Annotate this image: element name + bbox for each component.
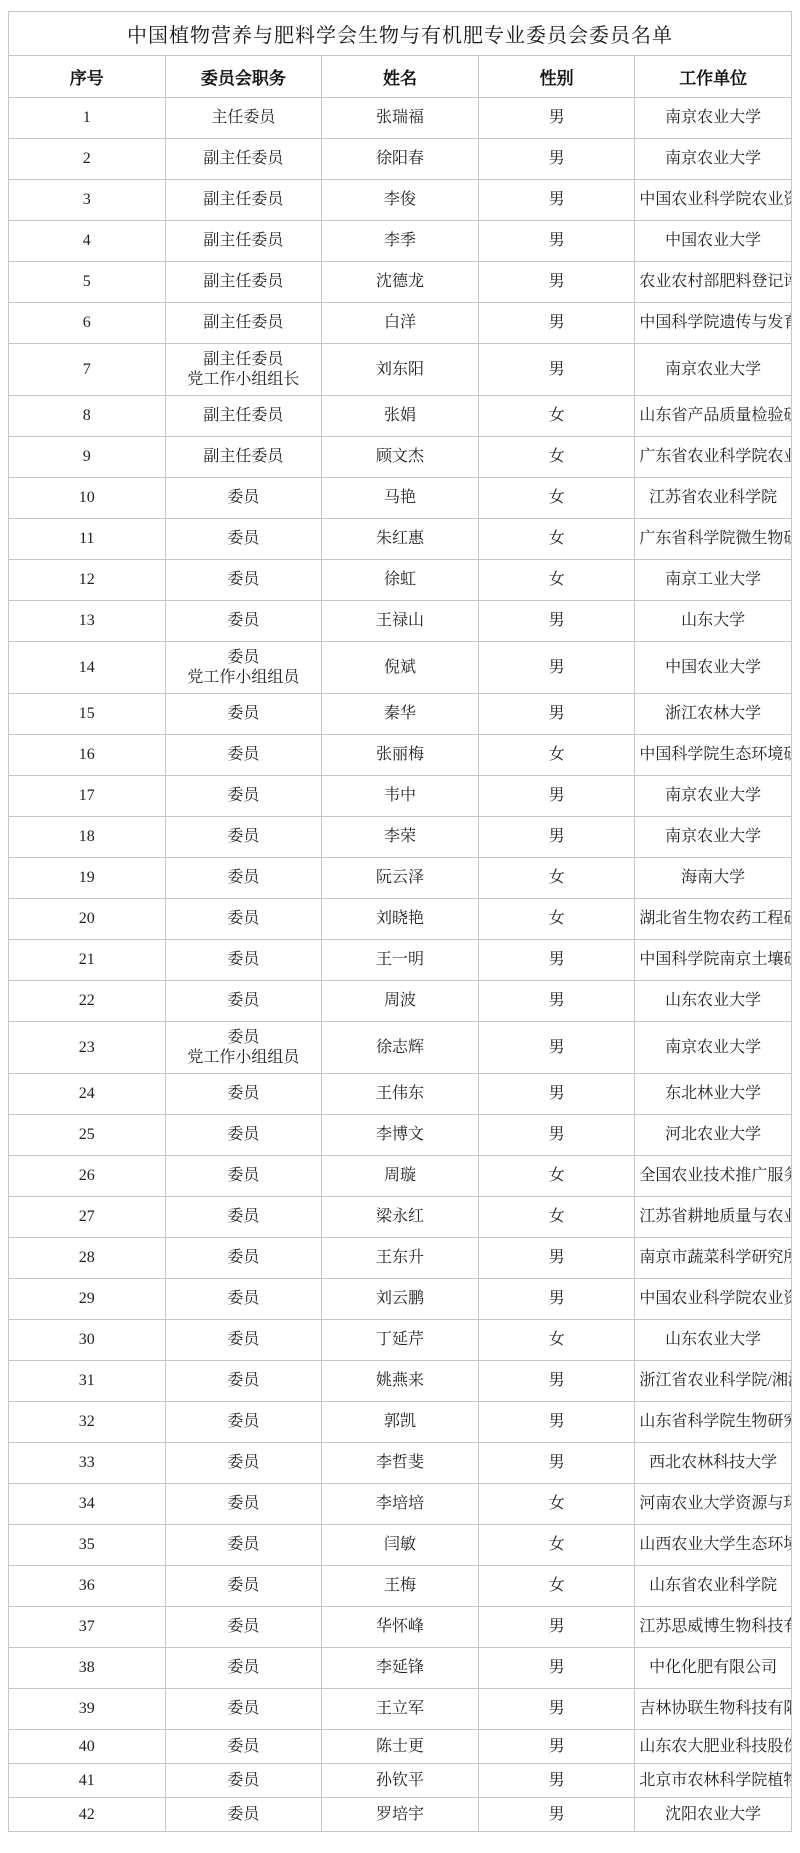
cell-committee-position: 委员 — [165, 1320, 322, 1361]
table-row: 21 委员 王一明 男 中国科学院南京土壤研究所 — [9, 940, 792, 981]
cell-name: 倪斌 — [322, 642, 479, 694]
cell-serial-number: 27 — [9, 1197, 166, 1238]
cell-committee-position: 委员 — [165, 1361, 322, 1402]
cell-gender: 男 — [478, 642, 635, 694]
cell-committee-position: 委员 — [165, 940, 322, 981]
cell-gender: 女 — [478, 1525, 635, 1566]
document-page: 中国植物营养与肥料学会生物与有机肥专业委员会委员名单 序号 委员会职务 姓名 性… — [0, 0, 800, 1853]
cell-gender: 女 — [478, 1320, 635, 1361]
cell-committee-position: 委员 — [165, 1730, 322, 1764]
cell-work-unit: 山东农大肥业科技股份有限公司 — [635, 1730, 792, 1764]
cell-work-unit: 南京农业大学 — [635, 139, 792, 180]
cell-name: 白洋 — [322, 303, 479, 344]
cell-name: 闫敏 — [322, 1525, 479, 1566]
cell-work-unit: 南京工业大学 — [635, 560, 792, 601]
cell-committee-position: 委员 — [165, 560, 322, 601]
cell-name: 徐志辉 — [322, 1022, 479, 1074]
cell-committee-position: 委员 — [165, 1197, 322, 1238]
table-row: 26 委员 周璇 女 全国农业技术推广服务中心 — [9, 1156, 792, 1197]
cell-committee-position: 副主任委员 — [165, 396, 322, 437]
cell-gender: 男 — [478, 98, 635, 139]
cell-serial-number: 39 — [9, 1689, 166, 1730]
cell-name: 李荣 — [322, 817, 479, 858]
header-gender: 性别 — [478, 56, 635, 98]
cell-serial-number: 21 — [9, 940, 166, 981]
cell-gender: 男 — [478, 1443, 635, 1484]
cell-work-unit: 山东省农业科学院 — [635, 1566, 792, 1607]
cell-name: 丁延芹 — [322, 1320, 479, 1361]
cell-serial-number: 5 — [9, 262, 166, 303]
table-row: 27 委员 梁永红 女 江苏省耕地质量与农业环境保护站 — [9, 1197, 792, 1238]
table-row: 37 委员 华怀峰 男 江苏思威博生物科技有限公司 — [9, 1607, 792, 1648]
cell-work-unit: 中国科学院遗传与发育生物学研究所 — [635, 303, 792, 344]
cell-committee-position: 委员党工作小组组员 — [165, 642, 322, 694]
cell-gender: 男 — [478, 221, 635, 262]
cell-gender: 男 — [478, 180, 635, 221]
cell-work-unit: 中国科学院南京土壤研究所 — [635, 940, 792, 981]
cell-serial-number: 10 — [9, 478, 166, 519]
cell-gender: 男 — [478, 139, 635, 180]
cell-work-unit: 浙江农林大学 — [635, 694, 792, 735]
table-row: 31 委员 姚燕来 男 浙江省农业科学院/湘湖实验室 — [9, 1361, 792, 1402]
cell-name: 陈士更 — [322, 1730, 479, 1764]
cell-serial-number: 42 — [9, 1798, 166, 1832]
cell-serial-number: 24 — [9, 1074, 166, 1115]
cell-committee-position: 委员 — [165, 1566, 322, 1607]
header-name: 姓名 — [322, 56, 479, 98]
cell-serial-number: 13 — [9, 601, 166, 642]
cell-name: 李俊 — [322, 180, 479, 221]
cell-serial-number: 1 — [9, 98, 166, 139]
cell-name: 刘云鹏 — [322, 1279, 479, 1320]
cell-gender: 女 — [478, 437, 635, 478]
cell-serial-number: 26 — [9, 1156, 166, 1197]
cell-name: 李博文 — [322, 1115, 479, 1156]
cell-name: 徐虹 — [322, 560, 479, 601]
cell-gender: 女 — [478, 1566, 635, 1607]
cell-work-unit: 中国农业大学 — [635, 221, 792, 262]
cell-committee-position: 委员 — [165, 1279, 322, 1320]
table-row: 18 委员 李荣 男 南京农业大学 — [9, 817, 792, 858]
cell-committee-position: 委员 — [165, 1764, 322, 1798]
cell-gender: 男 — [478, 262, 635, 303]
cell-serial-number: 23 — [9, 1022, 166, 1074]
cell-name: 王伟东 — [322, 1074, 479, 1115]
table-row: 42 委员 罗培宇 男 沈阳农业大学 — [9, 1798, 792, 1832]
cell-name: 罗培宇 — [322, 1798, 479, 1832]
cell-gender: 男 — [478, 344, 635, 396]
cell-committee-position: 委员 — [165, 1607, 322, 1648]
cell-gender: 男 — [478, 1115, 635, 1156]
cell-gender: 男 — [478, 1074, 635, 1115]
cell-work-unit: 海南大学 — [635, 858, 792, 899]
cell-name: 秦华 — [322, 694, 479, 735]
cell-serial-number: 7 — [9, 344, 166, 396]
cell-serial-number: 38 — [9, 1648, 166, 1689]
cell-name: 张娟 — [322, 396, 479, 437]
cell-committee-position: 副主任委员 — [165, 139, 322, 180]
table-row: 24 委员 王伟东 男 东北林业大学 — [9, 1074, 792, 1115]
table-row: 28 委员 王东升 男 南京市蔬菜科学研究所 — [9, 1238, 792, 1279]
table-row: 3 副主任委员 李俊 男 中国农业科学院农业资源与农业区划研究所 — [9, 180, 792, 221]
cell-work-unit: 浙江省农业科学院/湘湖实验室 — [635, 1361, 792, 1402]
cell-gender: 男 — [478, 1238, 635, 1279]
cell-name: 阮云泽 — [322, 858, 479, 899]
cell-work-unit: 中国科学院生态环境研究中心 — [635, 735, 792, 776]
cell-gender: 女 — [478, 1197, 635, 1238]
cell-name: 华怀峰 — [322, 1607, 479, 1648]
cell-serial-number: 14 — [9, 642, 166, 694]
cell-serial-number: 41 — [9, 1764, 166, 1798]
table-row: 23 委员党工作小组组员 徐志辉 男 南京农业大学 — [9, 1022, 792, 1074]
cell-committee-position: 委员 — [165, 1402, 322, 1443]
cell-gender: 男 — [478, 776, 635, 817]
cell-work-unit: 山东省科学院生物研究所 — [635, 1402, 792, 1443]
table-row: 14 委员党工作小组组员 倪斌 男 中国农业大学 — [9, 642, 792, 694]
cell-gender: 女 — [478, 478, 635, 519]
cell-gender: 女 — [478, 1484, 635, 1525]
committee-member-table: 中国植物营养与肥料学会生物与有机肥专业委员会委员名单 序号 委员会职务 姓名 性… — [8, 11, 792, 1832]
cell-work-unit: 中化化肥有限公司 — [635, 1648, 792, 1689]
table-row: 32 委员 郭凯 男 山东省科学院生物研究所 — [9, 1402, 792, 1443]
cell-committee-position: 委员 — [165, 735, 322, 776]
cell-work-unit: 中国农业科学院农业资源与农业区划研究所 — [635, 180, 792, 221]
table-row: 13 委员 王禄山 男 山东大学 — [9, 601, 792, 642]
table-row: 22 委员 周波 男 山东农业大学 — [9, 981, 792, 1022]
cell-work-unit: 北京市农林科学院植物营养与资源环境研究 — [635, 1764, 792, 1798]
cell-committee-position: 委员 — [165, 519, 322, 560]
cell-serial-number: 19 — [9, 858, 166, 899]
cell-serial-number: 6 — [9, 303, 166, 344]
cell-committee-position: 副主任委员 — [165, 262, 322, 303]
cell-serial-number: 4 — [9, 221, 166, 262]
cell-gender: 男 — [478, 1361, 635, 1402]
cell-name: 沈德龙 — [322, 262, 479, 303]
table-row: 35 委员 闫敏 女 山西农业大学生态环境产业技术研究院 — [9, 1525, 792, 1566]
cell-gender: 男 — [478, 817, 635, 858]
table-row: 2 副主任委员 徐阳春 男 南京农业大学 — [9, 139, 792, 180]
cell-committee-position: 委员 — [165, 817, 322, 858]
cell-committee-position: 委员 — [165, 1074, 322, 1115]
cell-work-unit: 南京农业大学 — [635, 98, 792, 139]
cell-committee-position: 主任委员 — [165, 98, 322, 139]
cell-name: 王东升 — [322, 1238, 479, 1279]
cell-committee-position: 委员 — [165, 1525, 322, 1566]
cell-serial-number: 11 — [9, 519, 166, 560]
cell-work-unit: 西北农林科技大学 — [635, 1443, 792, 1484]
cell-work-unit: 江苏省耕地质量与农业环境保护站 — [635, 1197, 792, 1238]
cell-serial-number: 22 — [9, 981, 166, 1022]
cell-work-unit: 中国农业科学院农业资源与农业区划研究所 — [635, 1279, 792, 1320]
cell-work-unit: 山东省产品质量检验研究院 — [635, 396, 792, 437]
cell-name: 徐阳春 — [322, 139, 479, 180]
table-row: 16 委员 张丽梅 女 中国科学院生态环境研究中心 — [9, 735, 792, 776]
table-row: 29 委员 刘云鹏 男 中国农业科学院农业资源与农业区划研究所 — [9, 1279, 792, 1320]
cell-work-unit: 河北农业大学 — [635, 1115, 792, 1156]
cell-work-unit: 沈阳农业大学 — [635, 1798, 792, 1832]
cell-serial-number: 33 — [9, 1443, 166, 1484]
cell-name: 孙钦平 — [322, 1764, 479, 1798]
cell-gender: 男 — [478, 1730, 635, 1764]
cell-name: 韦中 — [322, 776, 479, 817]
cell-name: 马艳 — [322, 478, 479, 519]
cell-name: 刘东阳 — [322, 344, 479, 396]
table-row: 12 委员 徐虹 女 南京工业大学 — [9, 560, 792, 601]
cell-gender: 女 — [478, 858, 635, 899]
cell-gender: 男 — [478, 1689, 635, 1730]
cell-gender: 女 — [478, 519, 635, 560]
table-row: 15 委员 秦华 男 浙江农林大学 — [9, 694, 792, 735]
cell-serial-number: 3 — [9, 180, 166, 221]
cell-committee-position: 委员 — [165, 601, 322, 642]
cell-gender: 男 — [478, 1279, 635, 1320]
header-row: 序号 委员会职务 姓名 性别 工作单位 — [9, 56, 792, 98]
cell-serial-number: 25 — [9, 1115, 166, 1156]
cell-serial-number: 12 — [9, 560, 166, 601]
cell-name: 刘晓艳 — [322, 899, 479, 940]
cell-name: 王一明 — [322, 940, 479, 981]
cell-work-unit: 南京农业大学 — [635, 817, 792, 858]
header-committee-position: 委员会职务 — [165, 56, 322, 98]
cell-serial-number: 37 — [9, 1607, 166, 1648]
table-row: 34 委员 李培培 女 河南农业大学资源与环境学院 — [9, 1484, 792, 1525]
cell-work-unit: 湖北省生物农药工程研究中心 — [635, 899, 792, 940]
cell-name: 李延锋 — [322, 1648, 479, 1689]
cell-name: 周璇 — [322, 1156, 479, 1197]
table-title: 中国植物营养与肥料学会生物与有机肥专业委员会委员名单 — [9, 12, 792, 56]
cell-gender: 男 — [478, 981, 635, 1022]
cell-committee-position: 副主任委员 — [165, 437, 322, 478]
table-row: 30 委员 丁延芹 女 山东农业大学 — [9, 1320, 792, 1361]
cell-work-unit: 吉林协联生物科技有限公司 — [635, 1689, 792, 1730]
cell-serial-number: 8 — [9, 396, 166, 437]
cell-committee-position: 委员 — [165, 478, 322, 519]
cell-serial-number: 28 — [9, 1238, 166, 1279]
cell-committee-position: 委员 — [165, 1648, 322, 1689]
table-row: 10 委员 马艳 女 江苏省农业科学院 — [9, 478, 792, 519]
header-serial-number: 序号 — [9, 56, 166, 98]
header-work-unit: 工作单位 — [635, 56, 792, 98]
cell-gender: 女 — [478, 735, 635, 776]
table-row: 1 主任委员 张瑞福 男 南京农业大学 — [9, 98, 792, 139]
cell-gender: 男 — [478, 1607, 635, 1648]
cell-gender: 女 — [478, 396, 635, 437]
cell-serial-number: 32 — [9, 1402, 166, 1443]
cell-gender: 男 — [478, 303, 635, 344]
cell-work-unit: 江苏省农业科学院 — [635, 478, 792, 519]
cell-name: 顾文杰 — [322, 437, 479, 478]
cell-committee-position: 委员 — [165, 1484, 322, 1525]
cell-work-unit: 广东省农业科学院农业资源与环境研究所 — [635, 437, 792, 478]
cell-committee-position: 委员 — [165, 981, 322, 1022]
cell-serial-number: 20 — [9, 899, 166, 940]
cell-work-unit: 山西农业大学生态环境产业技术研究院 — [635, 1525, 792, 1566]
cell-committee-position: 委员 — [165, 1689, 322, 1730]
cell-name: 李培培 — [322, 1484, 479, 1525]
cell-name: 梁永红 — [322, 1197, 479, 1238]
cell-serial-number: 29 — [9, 1279, 166, 1320]
table-row: 33 委员 李哲斐 男 西北农林科技大学 — [9, 1443, 792, 1484]
cell-committee-position: 委员 — [165, 1156, 322, 1197]
cell-name: 姚燕来 — [322, 1361, 479, 1402]
cell-gender: 女 — [478, 899, 635, 940]
cell-committee-position: 委员 — [165, 858, 322, 899]
cell-gender: 女 — [478, 1156, 635, 1197]
table-row: 11 委员 朱红惠 女 广东省科学院微生物研究所 — [9, 519, 792, 560]
cell-serial-number: 40 — [9, 1730, 166, 1764]
cell-name: 郭凯 — [322, 1402, 479, 1443]
table-row: 5 副主任委员 沈德龙 男 农业农村部肥料登记评审委员会秘书处 — [9, 262, 792, 303]
table-row: 20 委员 刘晓艳 女 湖北省生物农药工程研究中心 — [9, 899, 792, 940]
table-row: 8 副主任委员 张娟 女 山东省产品质量检验研究院 — [9, 396, 792, 437]
table-row: 41 委员 孙钦平 男 北京市农林科学院植物营养与资源环境研究 — [9, 1764, 792, 1798]
cell-gender: 男 — [478, 1798, 635, 1832]
cell-work-unit: 山东农业大学 — [635, 981, 792, 1022]
cell-work-unit: 中国农业大学 — [635, 642, 792, 694]
cell-name: 张丽梅 — [322, 735, 479, 776]
cell-gender: 男 — [478, 1764, 635, 1798]
cell-work-unit: 河南农业大学资源与环境学院 — [635, 1484, 792, 1525]
cell-committee-position: 委员 — [165, 1798, 322, 1832]
cell-committee-position: 委员 — [165, 1443, 322, 1484]
cell-gender: 男 — [478, 601, 635, 642]
cell-committee-position: 委员 — [165, 776, 322, 817]
cell-committee-position: 委员 — [165, 1238, 322, 1279]
cell-committee-position: 委员 — [165, 694, 322, 735]
cell-gender: 男 — [478, 1022, 635, 1074]
cell-name: 李季 — [322, 221, 479, 262]
cell-name: 张瑞福 — [322, 98, 479, 139]
cell-work-unit: 南京市蔬菜科学研究所 — [635, 1238, 792, 1279]
table-row: 40 委员 陈士更 男 山东农大肥业科技股份有限公司 — [9, 1730, 792, 1764]
cell-name: 王梅 — [322, 1566, 479, 1607]
cell-gender: 男 — [478, 1402, 635, 1443]
cell-serial-number: 16 — [9, 735, 166, 776]
table-row: 9 副主任委员 顾文杰 女 广东省农业科学院农业资源与环境研究所 — [9, 437, 792, 478]
cell-serial-number: 30 — [9, 1320, 166, 1361]
cell-serial-number: 31 — [9, 1361, 166, 1402]
cell-committee-position: 副主任委员党工作小组组长 — [165, 344, 322, 396]
cell-work-unit: 江苏思威博生物科技有限公司 — [635, 1607, 792, 1648]
table-row: 19 委员 阮云泽 女 海南大学 — [9, 858, 792, 899]
cell-work-unit: 全国农业技术推广服务中心 — [635, 1156, 792, 1197]
table-row: 36 委员 王梅 女 山东省农业科学院 — [9, 1566, 792, 1607]
cell-work-unit: 南京农业大学 — [635, 1022, 792, 1074]
cell-gender: 女 — [478, 560, 635, 601]
cell-committee-position: 委员 — [165, 1115, 322, 1156]
cell-gender: 男 — [478, 694, 635, 735]
cell-serial-number: 35 — [9, 1525, 166, 1566]
table-row: 17 委员 韦中 男 南京农业大学 — [9, 776, 792, 817]
cell-serial-number: 2 — [9, 139, 166, 180]
table-row: 4 副主任委员 李季 男 中国农业大学 — [9, 221, 792, 262]
cell-committee-position: 委员党工作小组组员 — [165, 1022, 322, 1074]
cell-name: 周波 — [322, 981, 479, 1022]
cell-gender: 男 — [478, 940, 635, 981]
cell-name: 王禄山 — [322, 601, 479, 642]
cell-committee-position: 副主任委员 — [165, 303, 322, 344]
table-row: 39 委员 王立军 男 吉林协联生物科技有限公司 — [9, 1689, 792, 1730]
cell-name: 朱红惠 — [322, 519, 479, 560]
cell-name: 李哲斐 — [322, 1443, 479, 1484]
cell-committee-position: 副主任委员 — [165, 180, 322, 221]
cell-name: 王立军 — [322, 1689, 479, 1730]
table-row: 38 委员 李延锋 男 中化化肥有限公司 — [9, 1648, 792, 1689]
cell-serial-number: 36 — [9, 1566, 166, 1607]
table-row: 25 委员 李博文 男 河北农业大学 — [9, 1115, 792, 1156]
cell-committee-position: 委员 — [165, 899, 322, 940]
table-row: 6 副主任委员 白洋 男 中国科学院遗传与发育生物学研究所 — [9, 303, 792, 344]
cell-serial-number: 34 — [9, 1484, 166, 1525]
title-row: 中国植物营养与肥料学会生物与有机肥专业委员会委员名单 — [9, 12, 792, 56]
cell-work-unit: 南京农业大学 — [635, 344, 792, 396]
cell-serial-number: 17 — [9, 776, 166, 817]
table-row: 7 副主任委员党工作小组组长 刘东阳 男 南京农业大学 — [9, 344, 792, 396]
cell-committee-position: 副主任委员 — [165, 221, 322, 262]
cell-serial-number: 9 — [9, 437, 166, 478]
cell-gender: 男 — [478, 1648, 635, 1689]
cell-work-unit: 农业农村部肥料登记评审委员会秘书处 — [635, 262, 792, 303]
cell-serial-number: 18 — [9, 817, 166, 858]
cell-work-unit: 山东农业大学 — [635, 1320, 792, 1361]
cell-work-unit: 东北林业大学 — [635, 1074, 792, 1115]
cell-serial-number: 15 — [9, 694, 166, 735]
cell-work-unit: 广东省科学院微生物研究所 — [635, 519, 792, 560]
table-body: 1 主任委员 张瑞福 男 南京农业大学 2 副主任委员 徐阳春 男 南京农业大学… — [9, 98, 792, 1832]
cell-work-unit: 南京农业大学 — [635, 776, 792, 817]
cell-work-unit: 山东大学 — [635, 601, 792, 642]
